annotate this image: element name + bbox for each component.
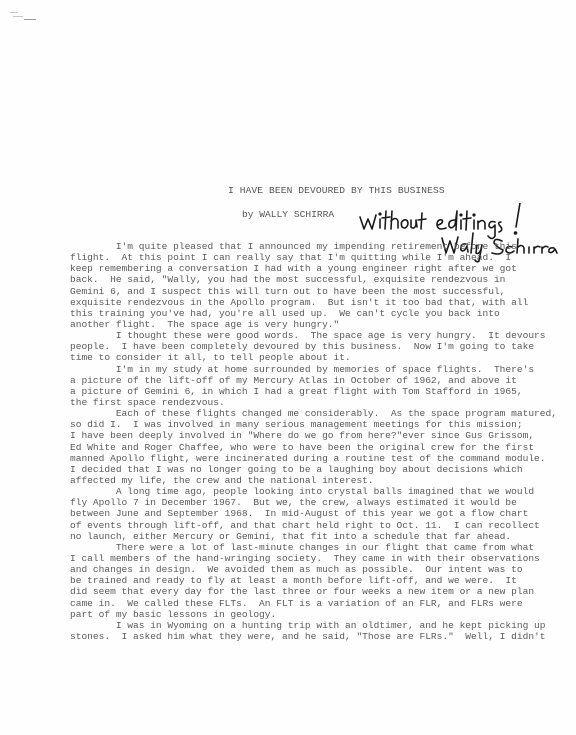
text-line: There were a lot of last-minute changes … — [70, 542, 550, 553]
text-line: stones. I asked him what they were, and … — [70, 631, 550, 642]
text-line: people. I have been completely devoured … — [70, 341, 550, 352]
document-byline: by WALLY SCHIRRA — [242, 209, 334, 220]
text-line: and changes in design. We avoided them a… — [70, 564, 550, 575]
text-line: I'm quite pleased that I announced my im… — [70, 241, 550, 252]
text-line: exquisite rendezvous in the Apollo progr… — [70, 297, 550, 308]
text-line: came in. We called these FLTs. An FLT is… — [70, 598, 550, 609]
text-line: Gemini 6, and I suspect this will turn o… — [70, 286, 550, 297]
text-line: Each of these flights changed me conside… — [70, 408, 550, 419]
text-line: affected my life, the crew and the natio… — [70, 475, 550, 486]
text-line: between June and September 1968. In mid-… — [70, 508, 550, 519]
text-line: part of my basic lessons in geology. — [70, 609, 550, 620]
text-line: did seem that every day for the last thr… — [70, 586, 550, 597]
text-line: so did I. I was involved in many serious… — [70, 419, 550, 430]
text-line: I was in Wyoming on a hunting trip with … — [70, 620, 550, 631]
text-line: no launch, either Mercury or Gemini, tha… — [70, 531, 550, 542]
text-line: manned Apollo flight, were incinerated d… — [70, 453, 550, 464]
text-line: another flight. The space age is very hu… — [70, 319, 550, 330]
scan-corner-mark — [10, 10, 36, 22]
text-line: I have been deeply involved in "Where do… — [70, 430, 550, 441]
text-line: keep remembering a conversation I had wi… — [70, 263, 550, 274]
text-line: the first space rendezvous. — [70, 397, 550, 408]
text-line: A long time ago, people looking into cry… — [70, 486, 550, 497]
text-line: a picture of the lift-off of my Mercury … — [70, 375, 550, 386]
text-line: this training you've had, you're all use… — [70, 308, 550, 319]
text-line: I call members of the hand-wringing soci… — [70, 553, 550, 564]
text-line: I thought these were good words. The spa… — [70, 330, 550, 341]
text-line: back. He said, "Wally, you had the most … — [70, 274, 550, 285]
document-title: I HAVE BEEN DEVOURED BY THIS BUSINESS — [228, 185, 445, 196]
text-line: of events through lift-off, and that cha… — [70, 520, 550, 531]
text-line: be trained and ready to fly at least a m… — [70, 575, 550, 586]
text-line: time to consider it all, to tell people … — [70, 352, 550, 363]
text-line: I decided that I was no longer going to … — [70, 464, 550, 475]
text-line: flight. At this point I can really say t… — [70, 252, 550, 263]
text-line: fly Apollo 7 in December 1967. But we, t… — [70, 497, 550, 508]
text-line: I'm in my study at home surrounded by me… — [70, 364, 550, 375]
document-body: I'm quite pleased that I announced my im… — [70, 241, 550, 642]
text-line: Ed White and Roger Chaffee, who were to … — [70, 442, 550, 453]
text-line: a picture of Gemini 6, in which I had a … — [70, 386, 550, 397]
